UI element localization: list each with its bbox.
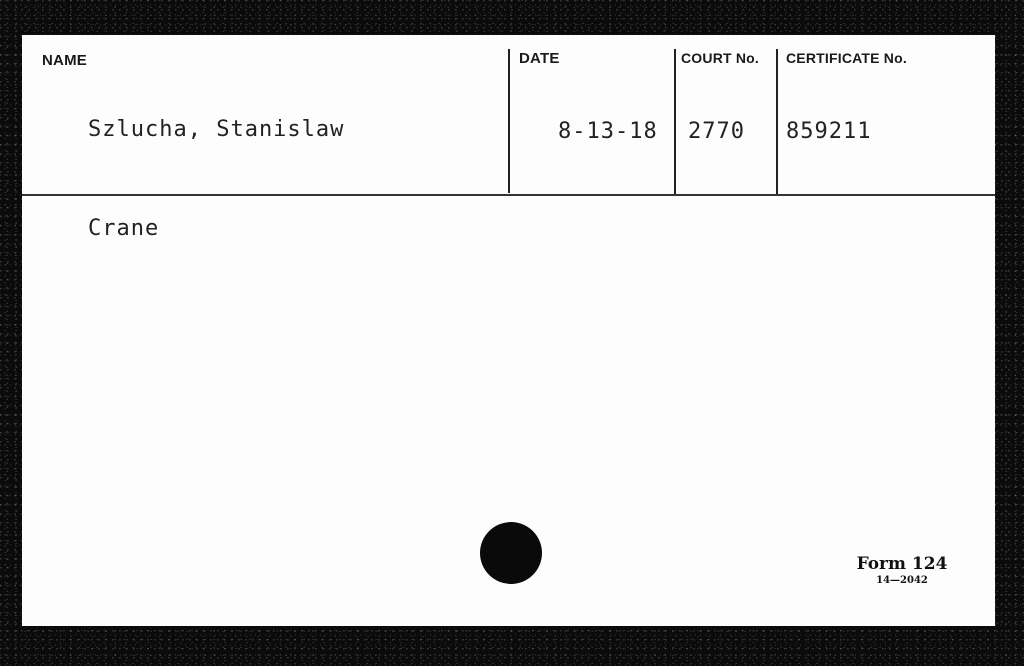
certificate-no-value: 859211	[786, 119, 871, 144]
divider-court	[674, 49, 676, 195]
date-header: DATE	[519, 50, 560, 67]
form-code: 14—2042	[842, 575, 962, 586]
name-value: Szlucha, Stanislaw	[88, 117, 344, 142]
notes-text: Crane	[88, 216, 159, 241]
court-no-value: 2770	[688, 119, 745, 144]
naturalization-index-card: NAME DATE COURT No. CERTIFICATE No. Szlu…	[22, 35, 995, 626]
header-rule	[22, 194, 995, 196]
date-value: 8-13-18	[558, 119, 658, 144]
divider-date	[508, 49, 510, 193]
form-label: Form 124 14—2042	[842, 554, 962, 586]
court-no-header: COURT No.	[681, 50, 759, 66]
form-title: Form 124	[842, 554, 962, 574]
certificate-no-header: CERTIFICATE No.	[786, 50, 907, 66]
name-header: NAME	[42, 52, 87, 69]
divider-certificate	[776, 49, 778, 195]
punch-hole	[480, 522, 542, 584]
